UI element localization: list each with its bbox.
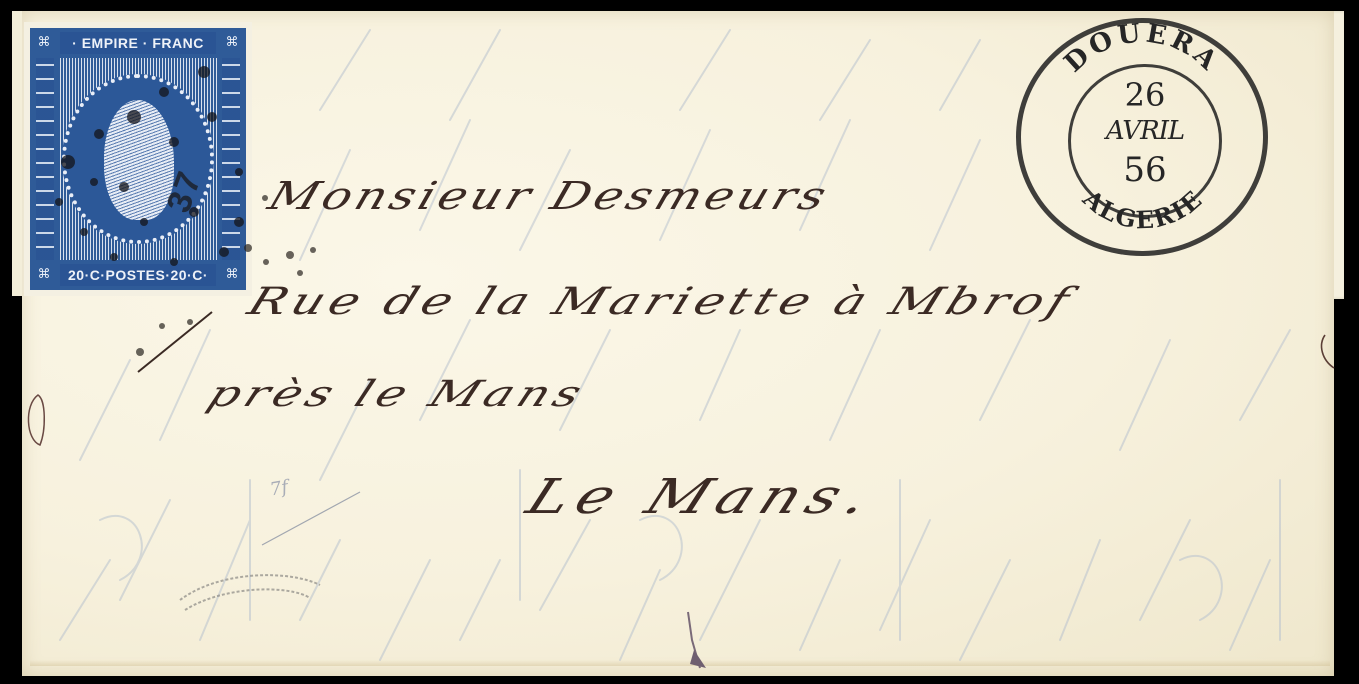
postage-stamp: ⌘ ⌘ ⌘ ⌘ · EMPIRE · FRANC 20·C·POSTES·20·… [24,22,252,296]
postmark-region: ALGERIE [1077,183,1209,234]
svg-text:DOUERA: DOUERA [1059,18,1226,78]
postmark-month: AVRIL [1068,116,1222,146]
pencil-annotation: 7f [268,477,289,501]
dotted-lozenge-cancel-icon [24,22,252,296]
address-line-city: Le Mans. [519,469,886,525]
postmark-year: 56 [1068,150,1222,190]
svg-text:ALGERIE: ALGERIE [1077,183,1209,234]
address-line-locality: près le Mans [202,373,593,415]
postmark-town: DOUERA [1059,18,1226,78]
address-line-addressee: Monsieur Desmeurs [263,174,836,219]
paper-edge-stain [30,660,1330,666]
postmark-day: 26 [1068,76,1222,114]
circular-datestamp: DOUERA ALGERIE 26 AVRIL 56 [1016,18,1268,256]
address-line-street: Rue de la Mariette à Mbrof [242,279,1080,323]
